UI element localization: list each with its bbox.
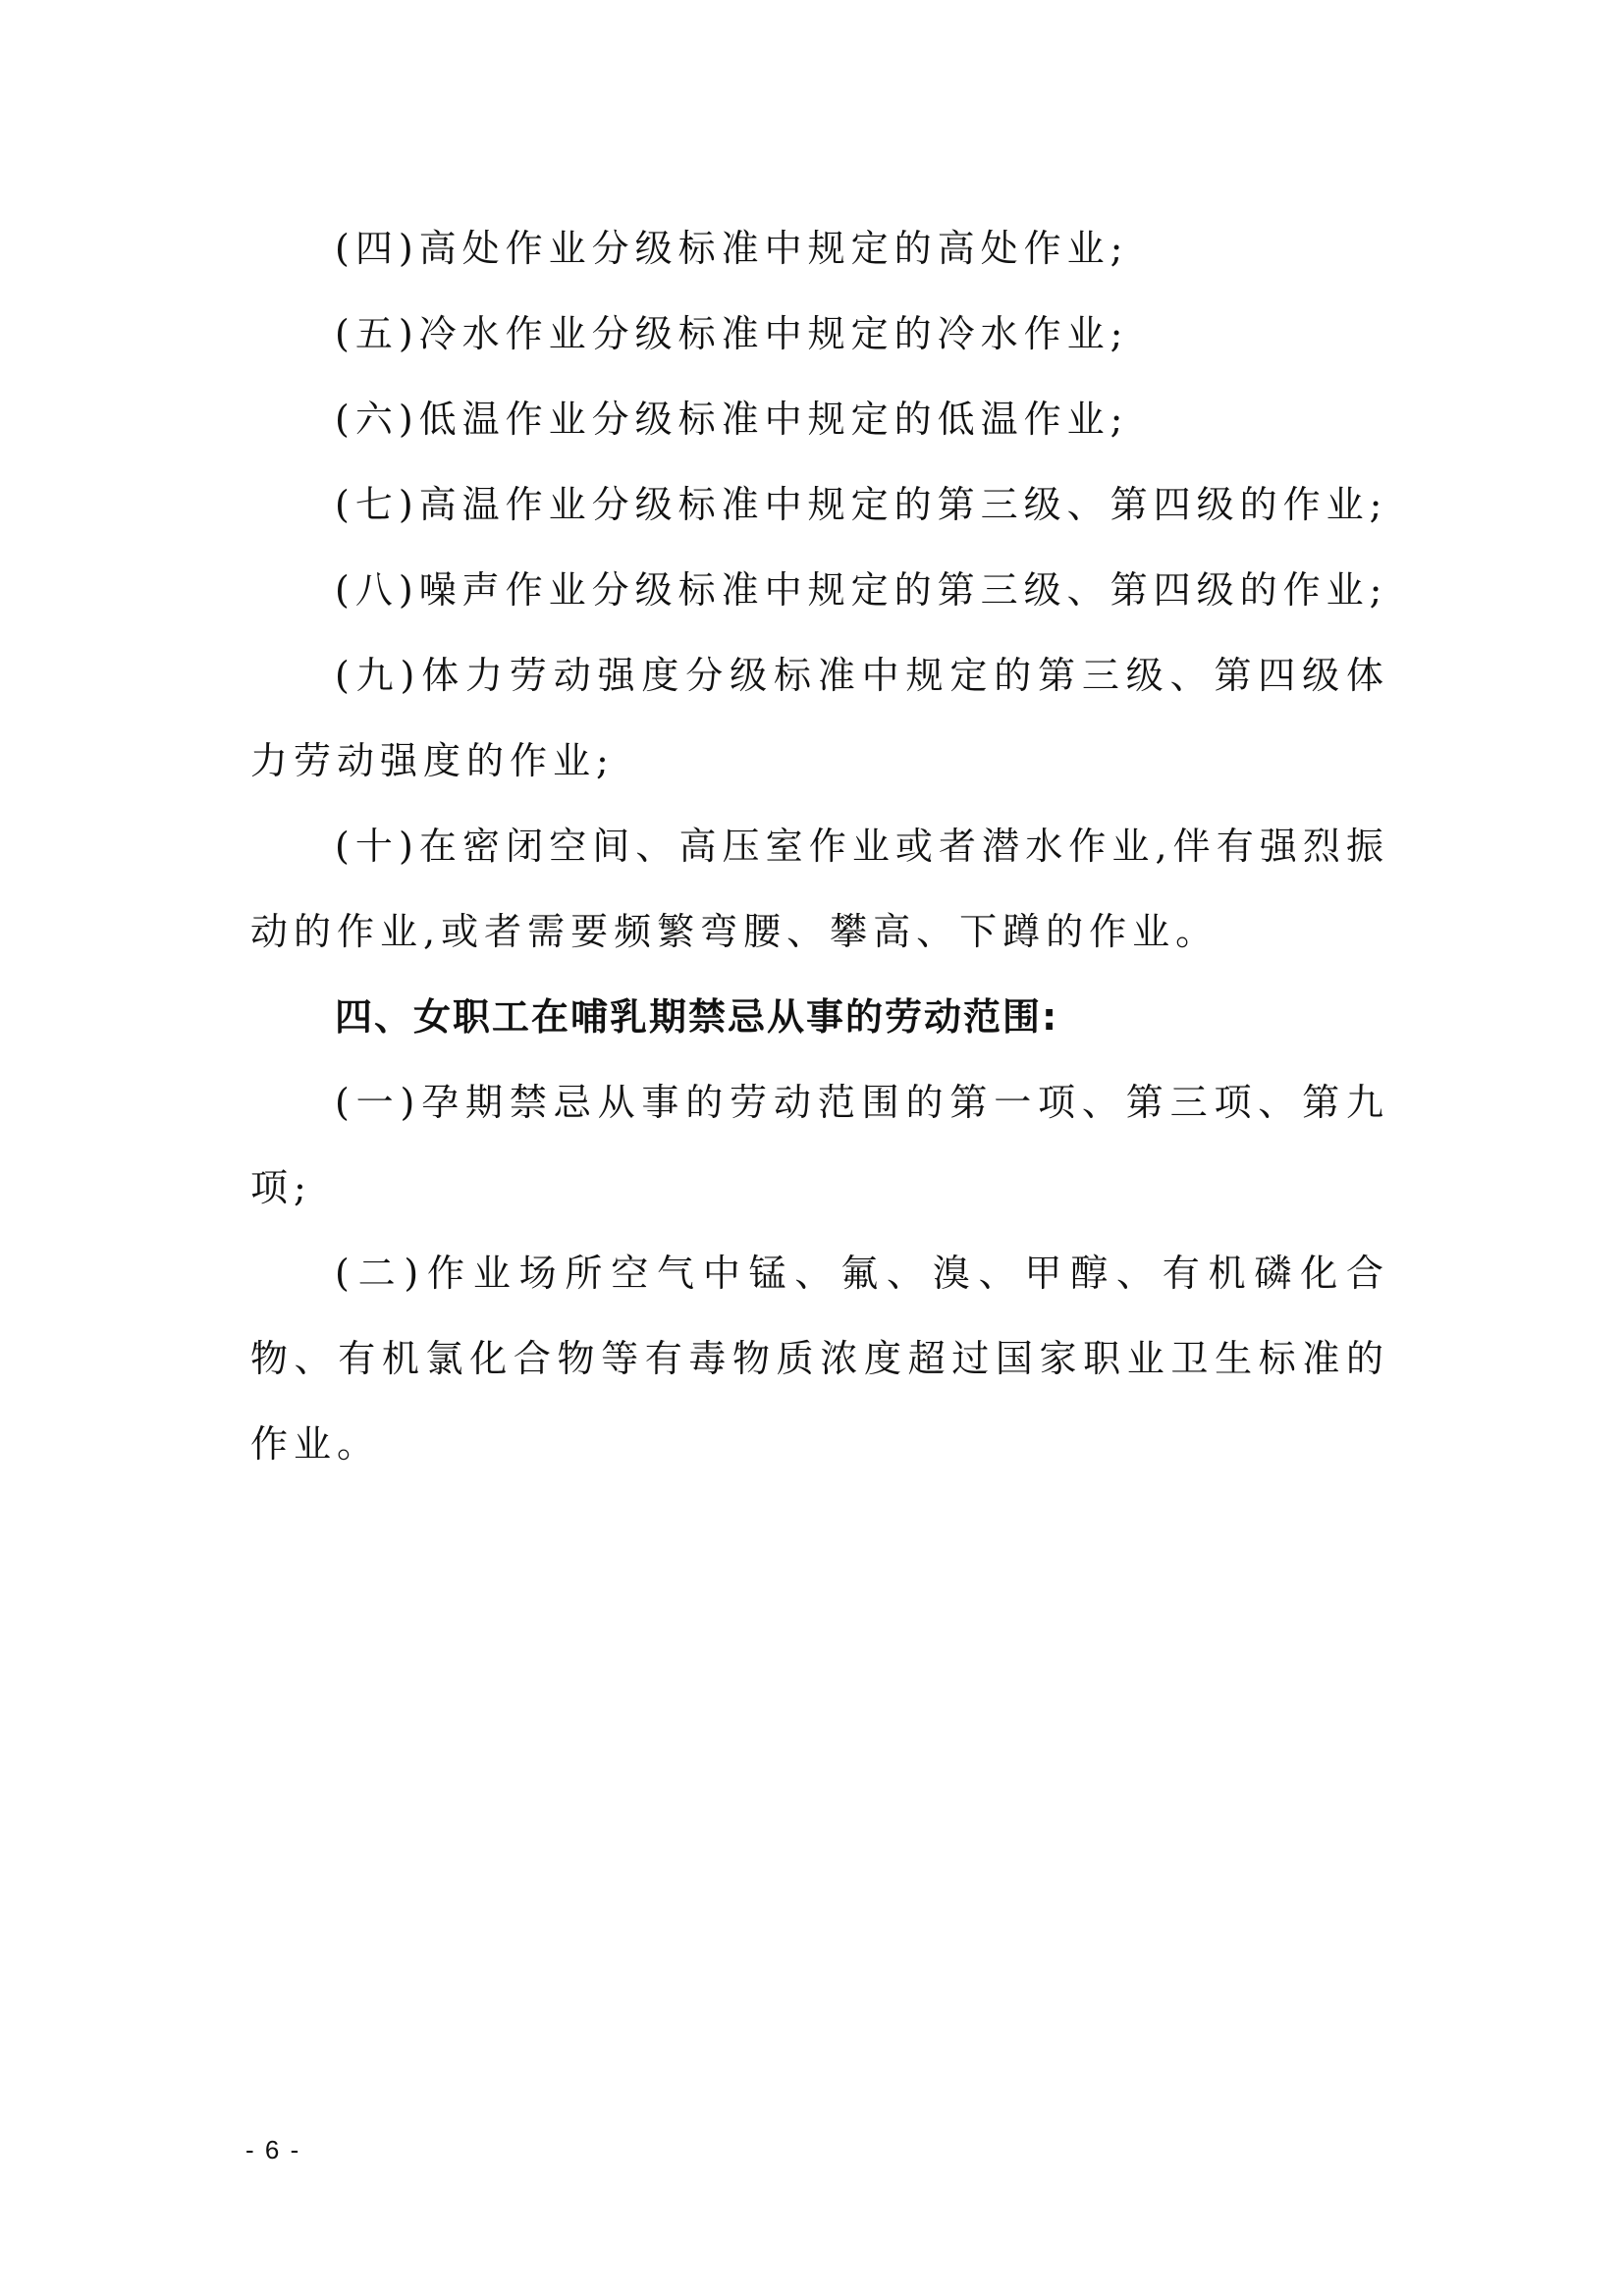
list-item-10: (十)在密闭空间、高压室作业或者潜水作业,伴有强烈振动的作业,或者需要频繁弯腰、… [250,804,1389,975]
list-item-7: (七)高温作业分级标准中规定的第三级、第四级的作业; [250,462,1389,548]
document-body: (四)高处作业分级标准中规定的高处作业; (五)冷水作业分级标准中规定的冷水作业… [250,206,1389,1487]
list-item-6: (六)低温作业分级标准中规定的低温作业; [250,377,1389,462]
list-item-5: (五)冷水作业分级标准中规定的冷水作业; [250,292,1389,377]
list-item-2: (二)作业场所空气中锰、氟、溴、甲醇、有机磷化合物、有机氯化合物等有毒物质浓度超… [250,1231,1389,1487]
list-item-1: (一)孕期禁忌从事的劳动范围的第一项、第三项、第九项; [250,1060,1389,1231]
section-heading: 四、女职工在哺乳期禁忌从事的劳动范围: [250,975,1389,1060]
list-item-8: (八)噪声作业分级标准中规定的第三级、第四级的作业; [250,548,1389,633]
document-page: (四)高处作业分级标准中规定的高处作业; (五)冷水作业分级标准中规定的冷水作业… [0,0,1624,2296]
page-number: - 6 - [245,2135,300,2165]
list-item-9: (九)体力劳动强度分级标准中规定的第三级、第四级体力劳动强度的作业; [250,633,1389,804]
list-item-4: (四)高处作业分级标准中规定的高处作业; [250,206,1389,292]
